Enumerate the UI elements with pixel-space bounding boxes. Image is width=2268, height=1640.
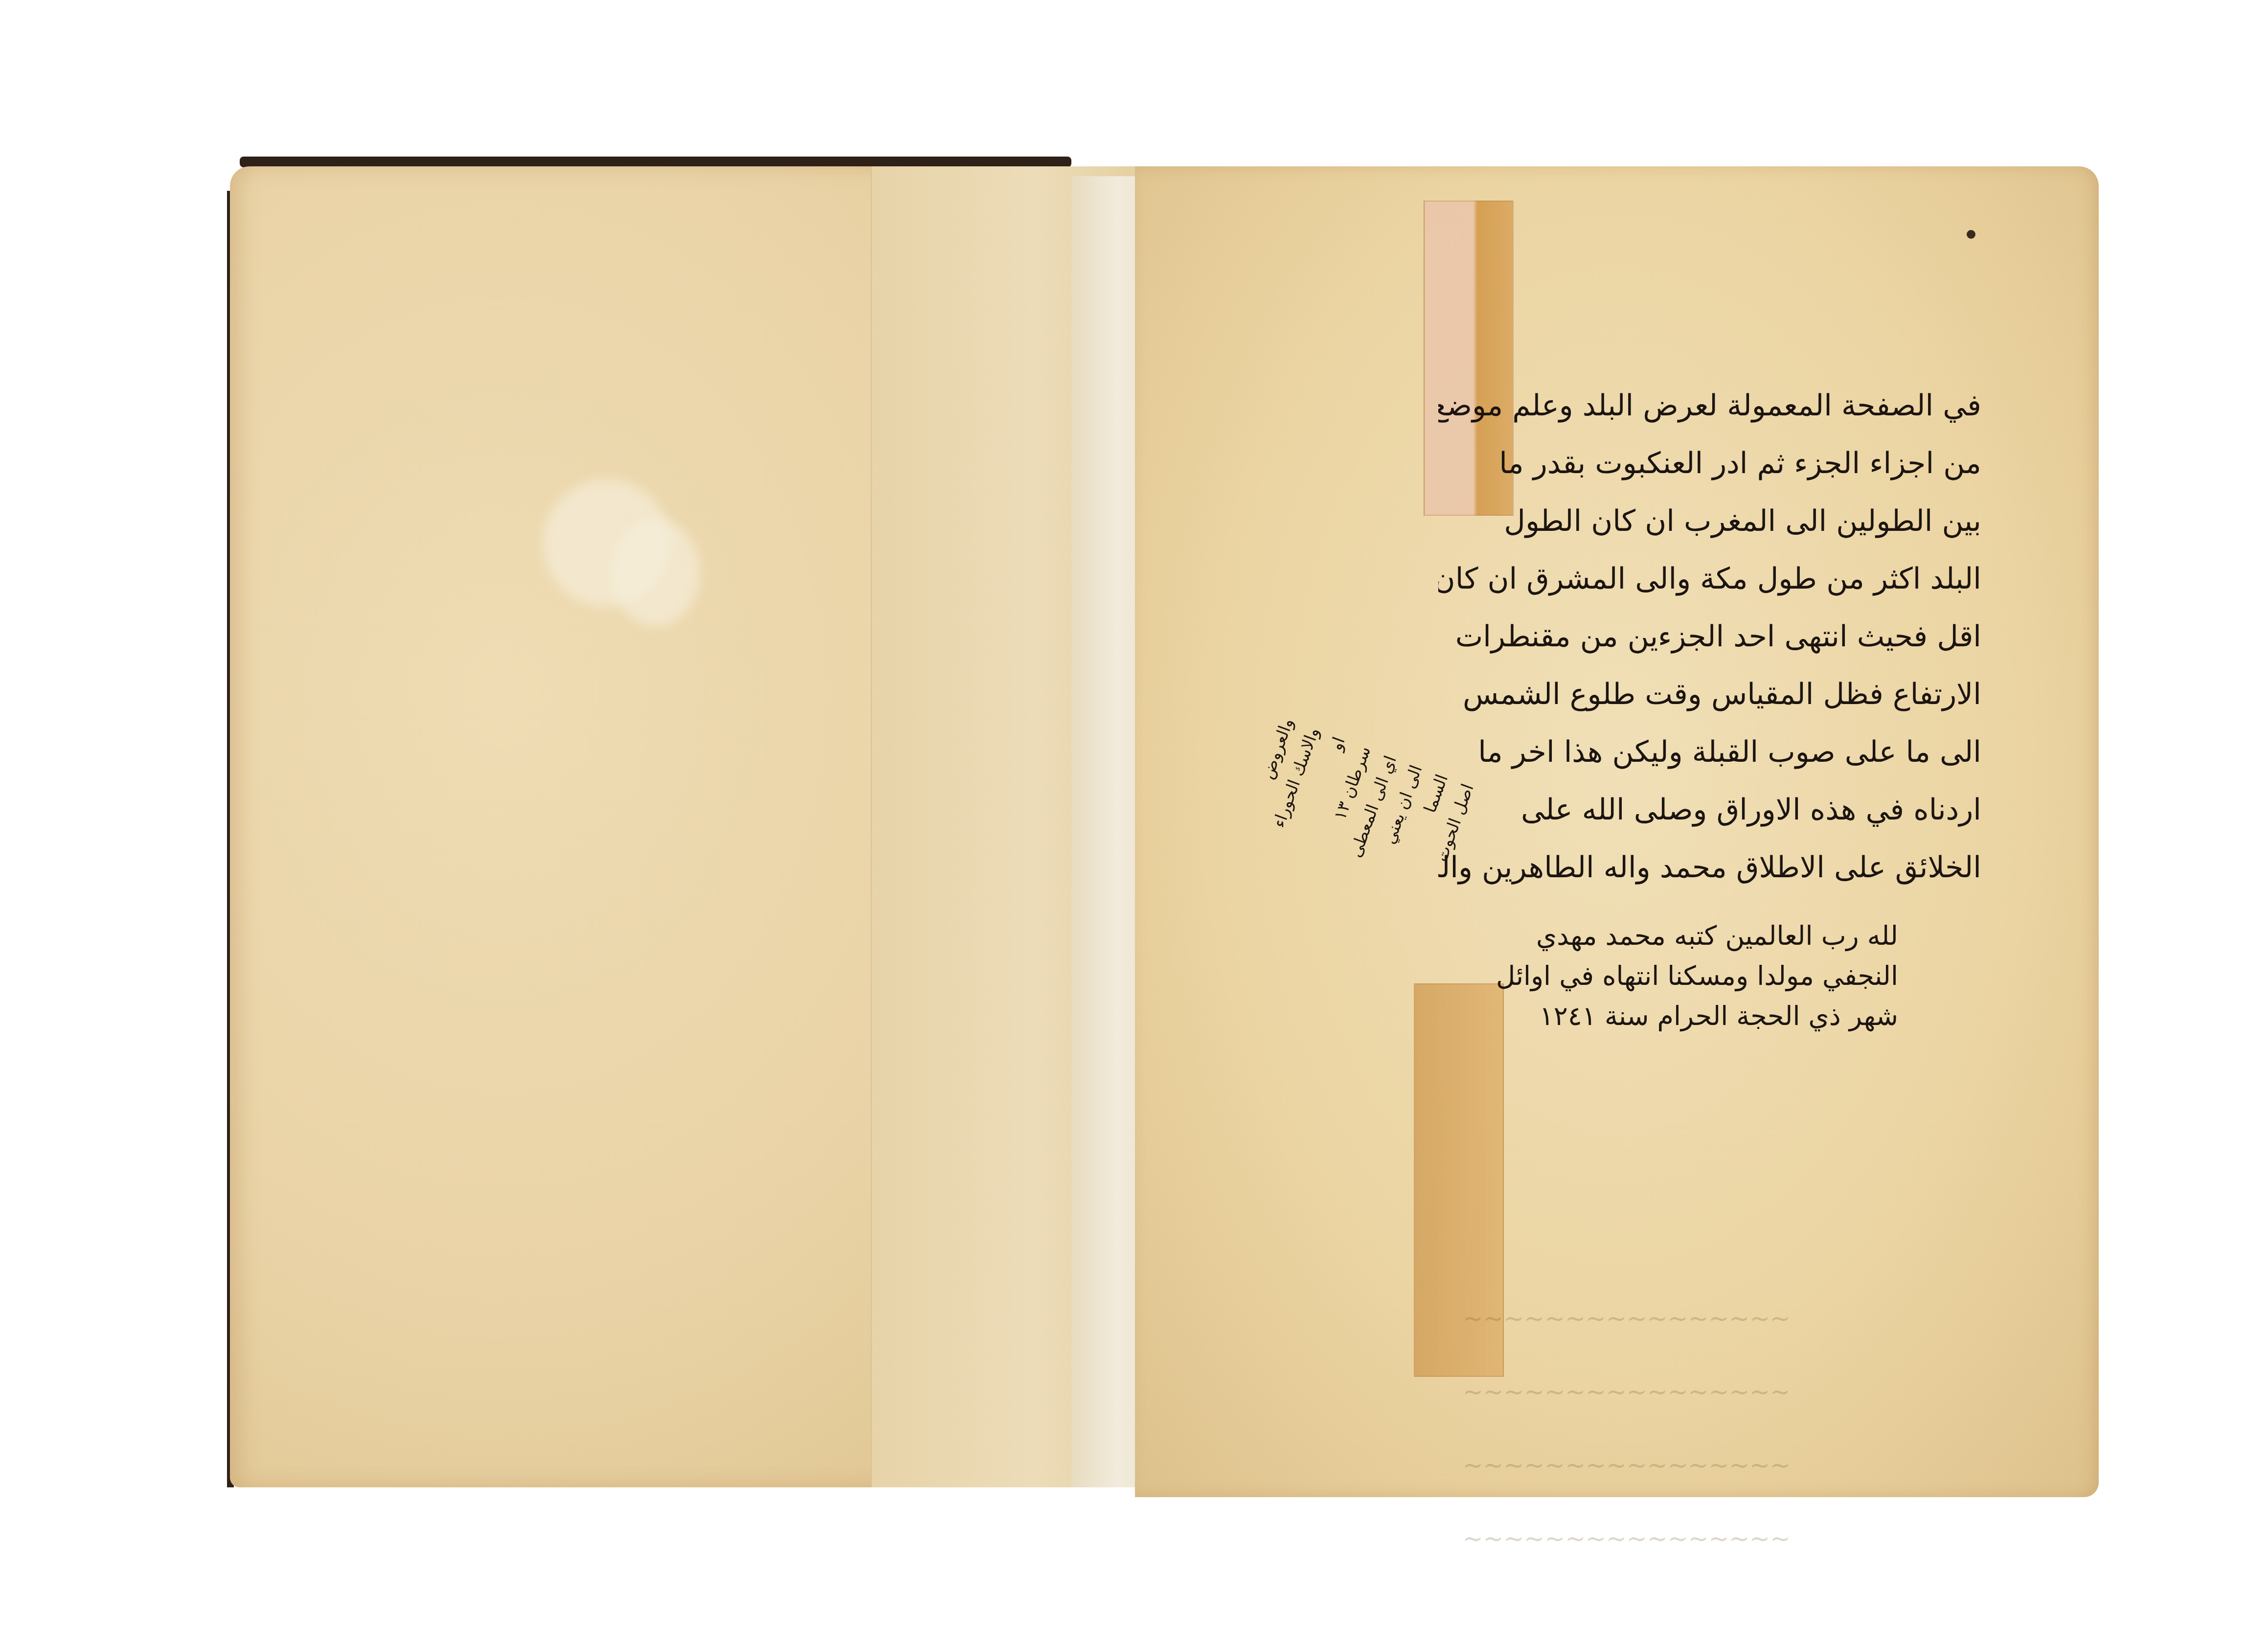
text-line: الخلائق على الاطلاق محمد واله الطاهرين و… bbox=[1438, 839, 1981, 896]
colophon-line: النجفي مولدا ومسكنا انتهاه في اوائل bbox=[1438, 956, 1898, 996]
ink-show-through: ~~~~~~~~~~~~~~~~ ~~~~~~~~~~~~~~~~ ~~~~~~… bbox=[1448, 1282, 1791, 1575]
text-line: الى ما على صوب القبلة وليكن هذا اخر ما bbox=[1438, 723, 1981, 781]
paper-stain bbox=[612, 519, 700, 626]
right-leaf: في الصفحة المعمولة لعرض البلد وعلم موضع … bbox=[1135, 166, 2099, 1497]
text-line: اردناه في هذه الاوراق وصلى الله على bbox=[1438, 781, 1981, 839]
text-line: بين الطولين الى المغرب ان كان الطول bbox=[1438, 492, 1981, 550]
text-line: في الصفحة المعمولة لعرض البلد وعلم موضع … bbox=[1438, 377, 1981, 434]
ink-spot bbox=[1967, 230, 1975, 239]
cover-edge-top-left bbox=[240, 157, 1071, 167]
text-line: البلد اكثر من طول مكة والى المشرق ان كان bbox=[1438, 550, 1981, 608]
text-line: الارتفاع فظل المقياس وقت طلوع الشمس bbox=[1438, 665, 1981, 723]
text-line: من اجزاء الجزء ثم ادر العنكبوت بقدر ما bbox=[1438, 434, 1981, 492]
open-manuscript: في الصفحة المعمولة لعرض البلد وعلم موضع … bbox=[230, 147, 2099, 1507]
colophon-line: شهر ذي الحجة الحرام سنة ١٢٤١ bbox=[1438, 996, 1898, 1036]
colophon-line: لله رب العالمين كتبه محمد مهدي bbox=[1438, 916, 1898, 956]
colophon: لله رب العالمين كتبه محمد مهدي النجفي مو… bbox=[1438, 916, 1898, 1036]
text-line: اقل فحيث انتهى احد الجزءين من مقنطرات bbox=[1438, 608, 1981, 665]
main-text: في الصفحة المعمولة لعرض البلد وعلم موضع … bbox=[1438, 377, 1981, 1036]
